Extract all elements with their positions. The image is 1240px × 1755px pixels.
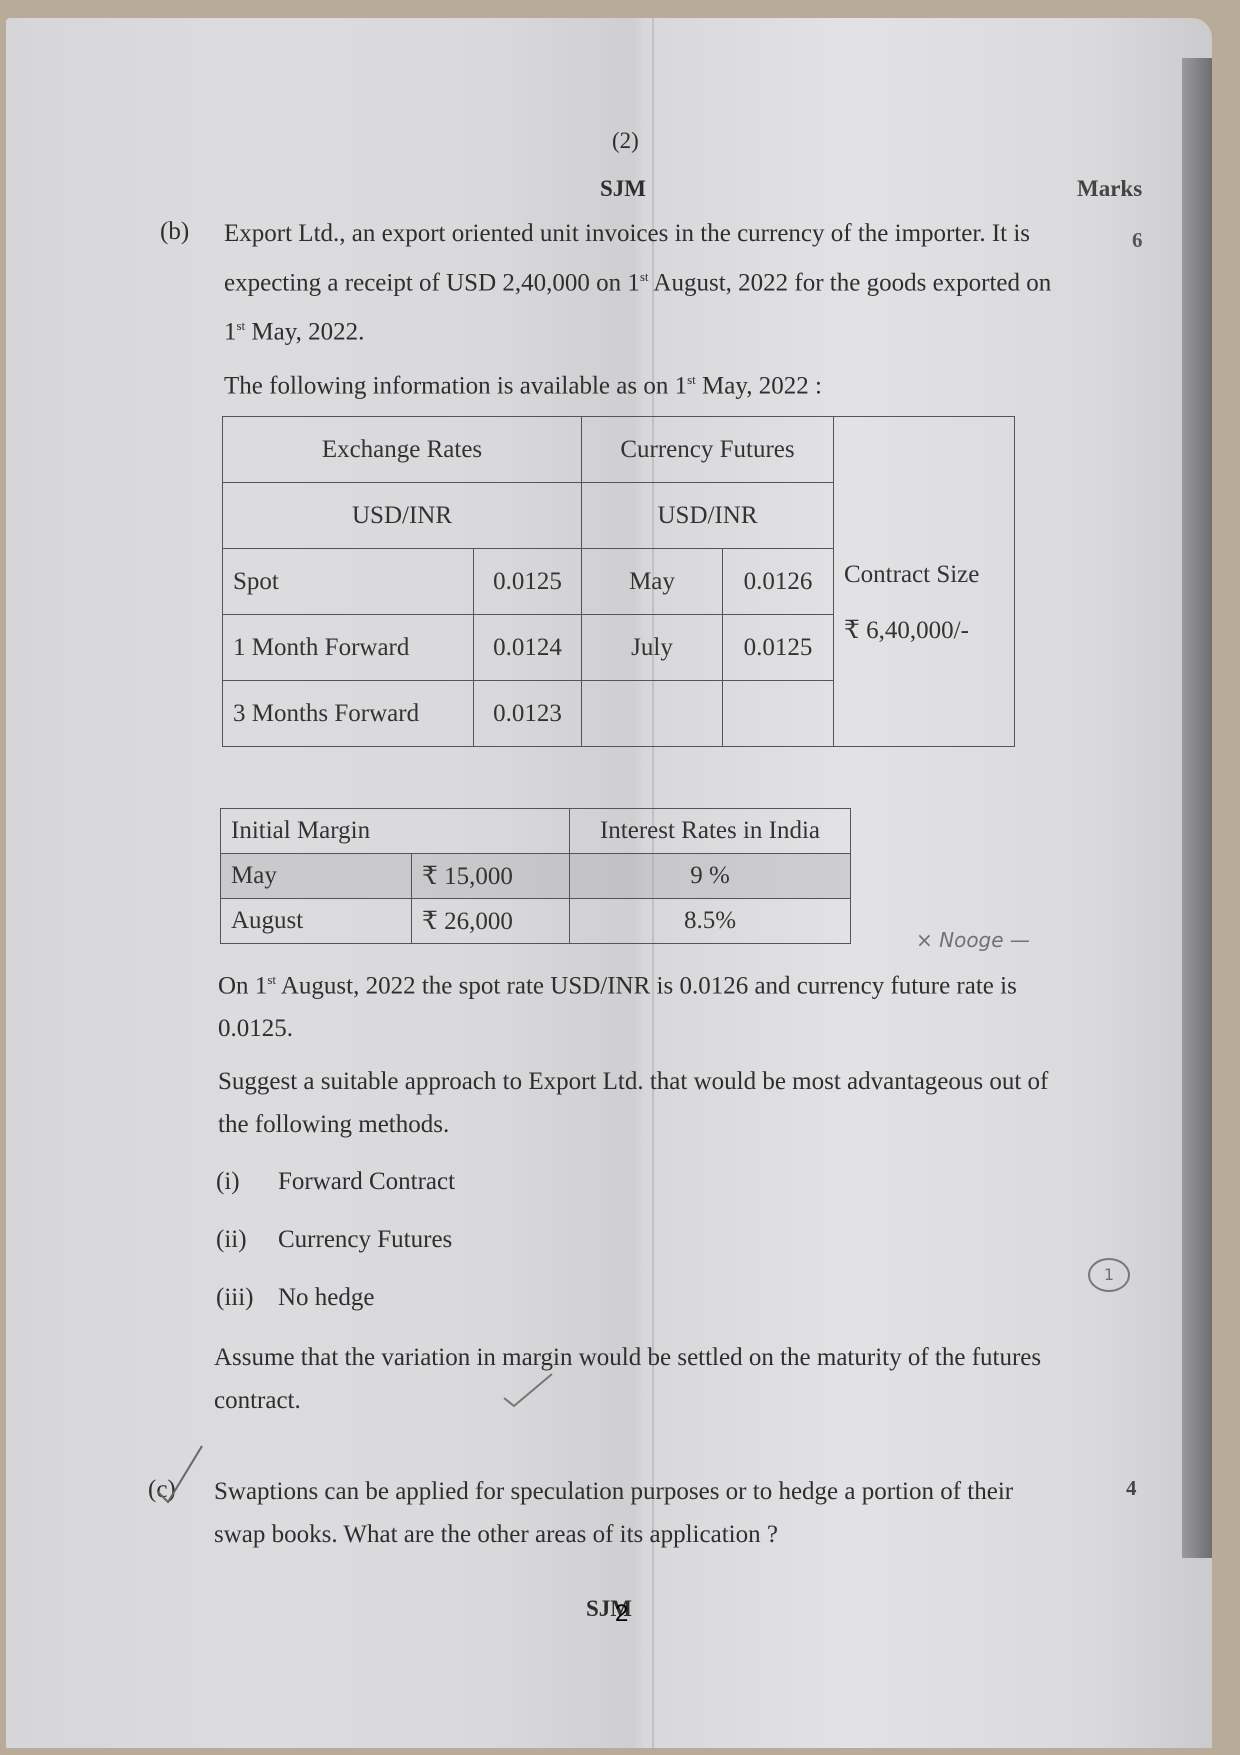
page-overlay-number: 2	[615, 1600, 628, 1628]
page-number: (2)	[612, 128, 639, 154]
margin-month: May	[221, 854, 412, 899]
rates-table: Exchange Rates Currency Futures Contract…	[222, 416, 1015, 747]
table-row: May ₹ 15,000 9 %	[221, 854, 851, 899]
margin-amount: ₹ 15,000	[412, 854, 570, 899]
initial-margin-header: Initial Margin	[221, 809, 570, 854]
future-month: July	[582, 615, 723, 681]
future-rate: 0.0125	[723, 615, 834, 681]
interest-rate: 8.5%	[570, 899, 851, 944]
contract-size-value: ₹ 6,40,000/-	[844, 603, 1004, 659]
page-edge-shadow	[1182, 58, 1212, 1558]
checkmark-icon	[150, 1440, 210, 1510]
suggest-text: Suggest a suitable approach to Export Lt…	[218, 1060, 1058, 1146]
info-line: The following information is available a…	[224, 358, 1064, 407]
margin-month: August	[221, 899, 412, 944]
rate-value: 0.0124	[474, 615, 582, 681]
question-c-text: Swaptions can be applied for speculation…	[214, 1470, 1064, 1556]
rate-label: 3 Months Forward	[223, 681, 474, 747]
rate-label: Spot	[223, 549, 474, 615]
question-b-label: (b)	[160, 218, 189, 246]
future-rate: 0.0126	[723, 549, 834, 615]
table-row: August ₹ 26,000 8.5%	[221, 899, 851, 944]
checkmark-icon	[500, 1370, 560, 1410]
rate-value: 0.0123	[474, 681, 582, 747]
contract-size-cell: Contract Size ₹ 6,40,000/-	[834, 417, 1015, 747]
question-b-intro: Export Ltd., an export oriented unit inv…	[224, 212, 1064, 354]
rate-value: 0.0125	[474, 549, 582, 615]
marks-column-label: Marks	[1077, 176, 1142, 202]
rate-label: 1 Month Forward	[223, 615, 474, 681]
exchange-rates-header: Exchange Rates	[223, 417, 582, 483]
question-c-marks: 4	[1126, 1476, 1137, 1501]
interest-rate: 9 %	[570, 854, 851, 899]
august-info: On 1st August, 2022 the spot rate USD/IN…	[218, 958, 1058, 1050]
option-item: (ii)Currency Futures	[216, 1226, 452, 1254]
handwritten-margin-note: × Nooge —	[916, 928, 1030, 952]
currency-futures-header: Currency Futures	[582, 417, 834, 483]
future-rate	[723, 681, 834, 747]
option-item: (iii)No hedge	[216, 1284, 375, 1312]
pair-right: USD/INR	[582, 483, 834, 549]
handwritten-circled-mark: 1	[1088, 1258, 1130, 1292]
header-code: SJM	[600, 176, 646, 202]
pair-left: USD/INR	[223, 483, 582, 549]
margin-table: Initial Margin Interest Rates in India M…	[220, 808, 851, 944]
margin-amount: ₹ 26,000	[412, 899, 570, 944]
contract-size-label: Contract Size	[844, 547, 1004, 603]
question-b-marks: 6	[1132, 228, 1143, 253]
future-month: May	[582, 549, 723, 615]
option-item: (i)Forward Contract	[216, 1168, 455, 1196]
assumption-text: Assume that the variation in margin woul…	[214, 1336, 1054, 1422]
interest-rates-header: Interest Rates in India	[570, 809, 851, 854]
future-month	[582, 681, 723, 747]
